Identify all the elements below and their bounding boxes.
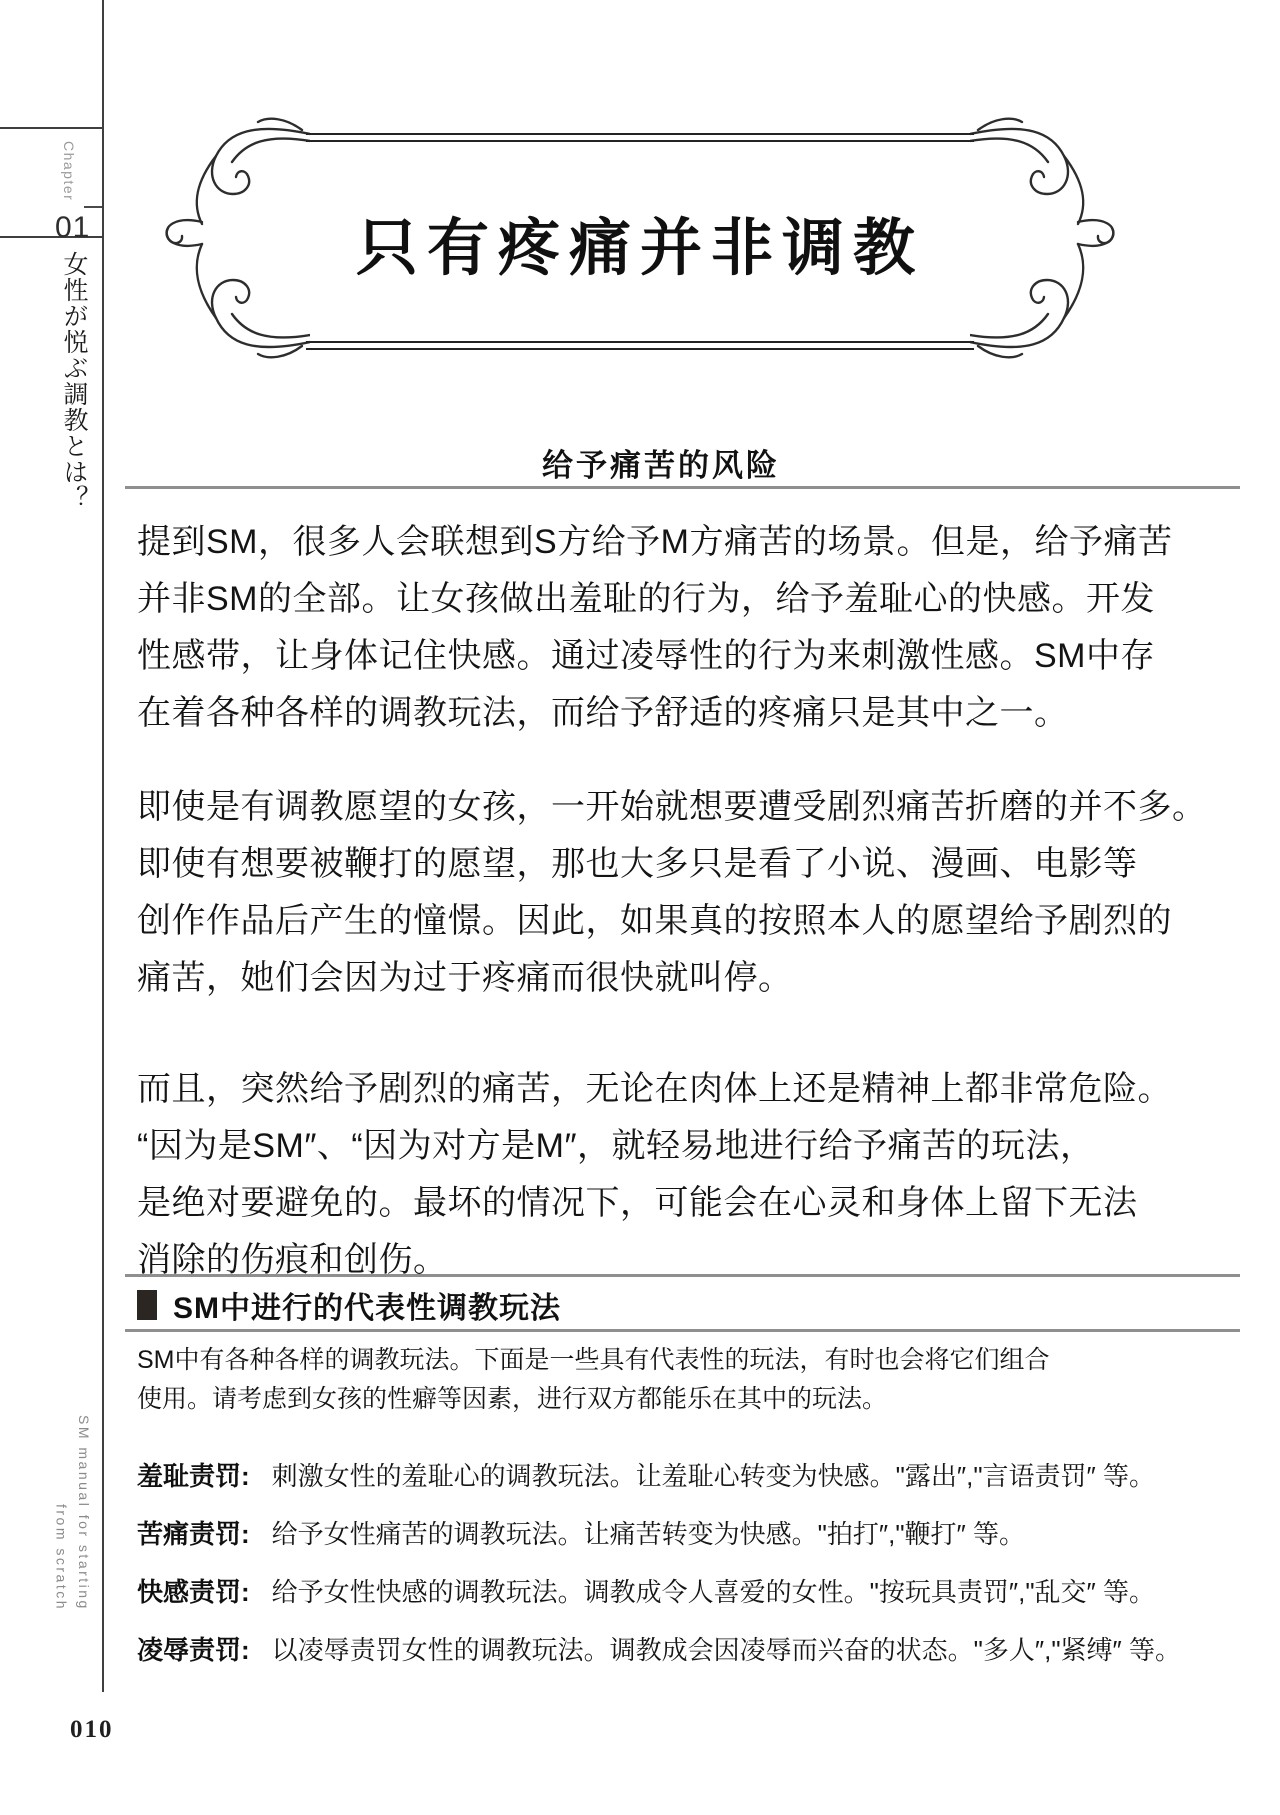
list-item-label: 凌辱责罚: [137, 1634, 250, 1666]
list-item-desc: 给予女性快感的调教玩法。调教成令人喜爱的女性。"按玩具责罚″,"乱交″ 等。 [272, 1576, 1155, 1608]
subsection-intro: SM中有各种各样的调教玩法。下面是一些具有代表性的玩法，有时也会将它们组合 使用… [137, 1341, 1217, 1419]
chapter-box-top-rule [0, 127, 102, 129]
list-item-desc: 给予女性痛苦的调教玩法。让痛苦转变为快感。"拍打″,"鞭打″ 等。 [272, 1518, 1025, 1550]
flourish-left-icon [136, 108, 310, 364]
series-title-vertical: SM manual for starting from scratch [50, 1396, 95, 1611]
list-item-desc: 以凌辱责罚女性的调教玩法。调教成会因凌辱而兴奋的状态。"多人″,"紧缚″ 等。 [272, 1634, 1181, 1666]
chapter-separator-dash [84, 206, 102, 208]
list-item: 苦痛责罚: 给予女性痛苦的调教玩法。让痛苦转变为快感。"拍打″,"鞭打″ 等。 [137, 1518, 1237, 1550]
list-item-label: 羞耻责罚: [137, 1460, 250, 1492]
page-number: 010 [70, 1716, 114, 1744]
square-bullet-icon [137, 1290, 157, 1320]
section-heading-risk: 给予痛苦的风险 [137, 440, 1185, 485]
flourish-right-icon [970, 108, 1144, 364]
frame-top-rule-outer [306, 133, 974, 135]
book-page: Chapter 01 女性が悦ぶ調教とは？ SM manual for star… [0, 0, 1280, 1815]
section-heading-underline [125, 486, 1240, 489]
list-item-label: 快感责罚: [137, 1576, 250, 1608]
chapter-number: 01 [55, 211, 90, 245]
list-item: 凌辱责罚: 以凌辱责罚女性的调教玩法。调教成会因凌辱而兴奋的状态。"多人″,"紧… [137, 1634, 1237, 1666]
play-type-list: 羞耻责罚: 刺激女性的羞耻心的调教玩法。让羞耻心转变为快感。"露出″,"言语责罚… [137, 1460, 1237, 1692]
frame-bottom-rule-inner [306, 341, 974, 343]
frame-bottom-rule-outer [306, 348, 974, 350]
subsection-heading-text: SM中进行的代表性调教玩法 [173, 1283, 561, 1327]
body-paragraph: 提到SM，很多人会联想到S方给予M方痛苦的场景。但是，给予痛苦 并非SM的全部。… [137, 514, 1207, 742]
list-item: 羞耻责罚: 刺激女性的羞耻心的调教玩法。让羞耻心转变为快感。"露出″,"言语责罚… [137, 1460, 1237, 1492]
list-item-desc: 刺激女性的羞耻心的调教玩法。让羞耻心转变为快感。"露出″,"言语责罚″ 等。 [272, 1460, 1155, 1492]
subsection-top-rule [125, 1274, 1240, 1277]
body-paragraph: 而且，突然给予剧烈的痛苦，无论在肉体上还是精神上都非常危险。 “因为是SM″、“… [137, 1061, 1207, 1289]
subsection-heading: SM中进行的代表性调教玩法 [137, 1283, 561, 1327]
subsection-bottom-rule [125, 1329, 1240, 1332]
page-title: 只有疼痛并非调教 [300, 198, 980, 287]
list-item-label: 苦痛责罚: [137, 1518, 250, 1550]
body-paragraph: 即使是有调教愿望的女孩，一开始就想要遭受剧烈痛苦折磨的并不多。 即使有想要被鞭打… [137, 779, 1207, 1007]
chapter-label: Chapter [61, 141, 77, 201]
chapter-title-vertical: 女性が悦ぶ調教とは？ [56, 251, 92, 511]
list-item: 快感责罚: 给予女性快感的调教玩法。调教成令人喜爱的女性。"按玩具责罚″,"乱交… [137, 1576, 1237, 1608]
frame-top-rule-inner [306, 140, 974, 142]
sidebar-divider [102, 0, 104, 1692]
